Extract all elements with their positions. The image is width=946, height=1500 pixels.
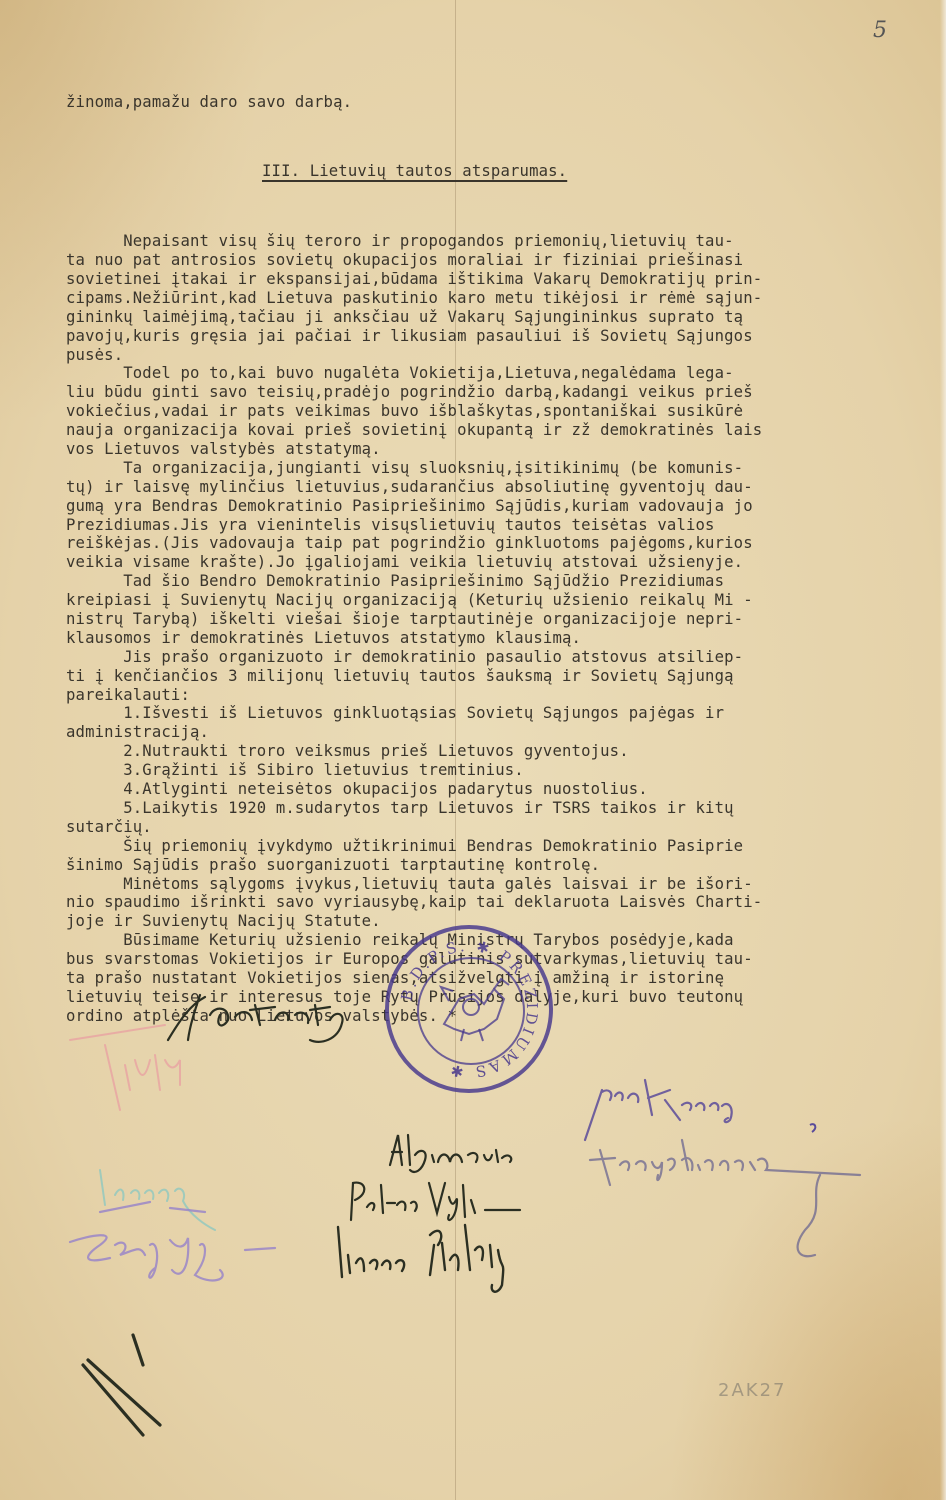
text-line: 5.Laikytis 1920 m.sudarytos tarp Lietuvo… bbox=[66, 799, 936, 818]
opening-line: žinoma,pamažu daro savo darbą. bbox=[66, 93, 936, 112]
text-line: 1.Išvesti iš Lietuvos ginkluotąsias Sovi… bbox=[66, 704, 936, 723]
section-title: III. Lietuvių tautos atsparumas. bbox=[262, 162, 567, 180]
svg-text:B.D.P.S. ✱ PREZIDIUMAS ✱: B.D.P.S. ✱ PREZIDIUMAS ✱ bbox=[397, 937, 541, 1081]
text-line: nistrų Tarybą) iškelti viešai šioje tarp… bbox=[66, 610, 936, 629]
body-lines: Nepaisant visų šių teroro ir propogandos… bbox=[66, 232, 936, 1025]
presidium-stamp: B.D.P.S. ✱ PREZIDIUMAS ✱ bbox=[385, 925, 553, 1093]
typed-text-body: žinoma,pamažu daro savo darbą. III. Liet… bbox=[66, 55, 936, 1063]
signature-pink-pencil bbox=[65, 1020, 205, 1155]
text-line: gininkų laimėjimą,tačiau ji anksčiau už … bbox=[66, 308, 936, 327]
text-line: pusės. bbox=[66, 346, 936, 365]
text-line: Prezidiumas.Jis yra vienintelis visųslie… bbox=[66, 516, 936, 535]
checkmark-slashes-icon bbox=[78, 1330, 168, 1440]
text-line: tų) ir laisvę mylinčius lietuvius,sudara… bbox=[66, 478, 936, 497]
signature-algimantas bbox=[380, 1130, 520, 1180]
text-line: ti į kenčiančios 3 milijonų lietuvių tau… bbox=[66, 667, 936, 686]
text-line: 2.Nutraukti troro veiksmus prieš Lietuvo… bbox=[66, 742, 936, 761]
text-line: administraciją. bbox=[66, 723, 936, 742]
text-line: nio spaudimo išrinkti savo vyriausybę,ka… bbox=[66, 893, 936, 912]
text-line: pavojų,kuris gręsia jai pačiai ir likusi… bbox=[66, 327, 936, 346]
text-line: nauja organizacija kovai prieš sovietinį… bbox=[66, 421, 936, 440]
text-line: liu būdu ginti savo teisių,pradėjo pogri… bbox=[66, 383, 936, 402]
signature-kovas-zinomas bbox=[570, 1070, 900, 1265]
text-line: klausomos ir demokratinės Lietuvos atsta… bbox=[66, 629, 936, 648]
text-line: šinimo Sąjūdis prašo suorganizuoti tarpt… bbox=[66, 856, 936, 875]
signature-vincas bbox=[330, 1215, 540, 1300]
text-line: vos Lietuvos valstybės atstatymą. bbox=[66, 440, 936, 459]
vytis-emblem-icon: B.D.P.S. ✱ PREZIDIUMAS ✱ bbox=[389, 929, 549, 1089]
text-line: Todel po to,kai buvo nugalėta Vokietija,… bbox=[66, 364, 936, 383]
text-line: reiškėjas.(Jis vadovauja taip pat pogrin… bbox=[66, 534, 936, 553]
section-title-line: III. Lietuvių tautos atsparumas. bbox=[66, 162, 936, 181]
text-line: Tad šio Bendro Demokratinio Pasipriešini… bbox=[66, 572, 936, 591]
text-line: vokiečius,vadai ir pats veikimas buvo iš… bbox=[66, 402, 936, 421]
text-line: Ta organizacija,jungianti visų sluoksnių… bbox=[66, 459, 936, 478]
text-line: Šių priemonių įvykdymo užtikrinimui Bend… bbox=[66, 837, 936, 856]
text-line: kreipiasi į Suvienytų Nacijų organizacij… bbox=[66, 591, 936, 610]
text-line: 3.Grąžinti iš Sibiro lietuvius tremtiniu… bbox=[66, 761, 936, 780]
text-line: pareikalauti: bbox=[66, 686, 936, 705]
text-line: sovietinei įtakai ir ekspansijai,būdama … bbox=[66, 270, 936, 289]
text-line: Minėtoms sąlygoms įvykus,lietuvių tauta … bbox=[66, 875, 936, 894]
text-line: Nepaisant visų šių teroro ir propogandos… bbox=[66, 232, 936, 251]
text-line: gumą yra Bendras Demokratinio Pasiprieši… bbox=[66, 497, 936, 516]
text-line: cipams.Nežiūrint,kad Lietuva paskutinio … bbox=[66, 289, 936, 308]
text-line: veikia visame krašte).Jo įgaliojami veik… bbox=[66, 553, 936, 572]
text-line: 4.Atlyginti neteisėtos okupacijos padary… bbox=[66, 780, 936, 799]
signature-zvejys bbox=[60, 1200, 290, 1290]
paper-edge bbox=[940, 0, 946, 1500]
text-line: sutarčių. bbox=[66, 818, 936, 837]
text-line: ta nuo pat antrosios sovietų okupacijos … bbox=[66, 251, 936, 270]
page-number: 5 bbox=[873, 18, 887, 43]
document-page: 5 žinoma,pamažu daro savo darbą. III. Li… bbox=[0, 0, 946, 1500]
text-line: Jis prašo organizuoto ir demokratinio pa… bbox=[66, 648, 936, 667]
archive-number: 2AK27 bbox=[718, 1380, 786, 1401]
